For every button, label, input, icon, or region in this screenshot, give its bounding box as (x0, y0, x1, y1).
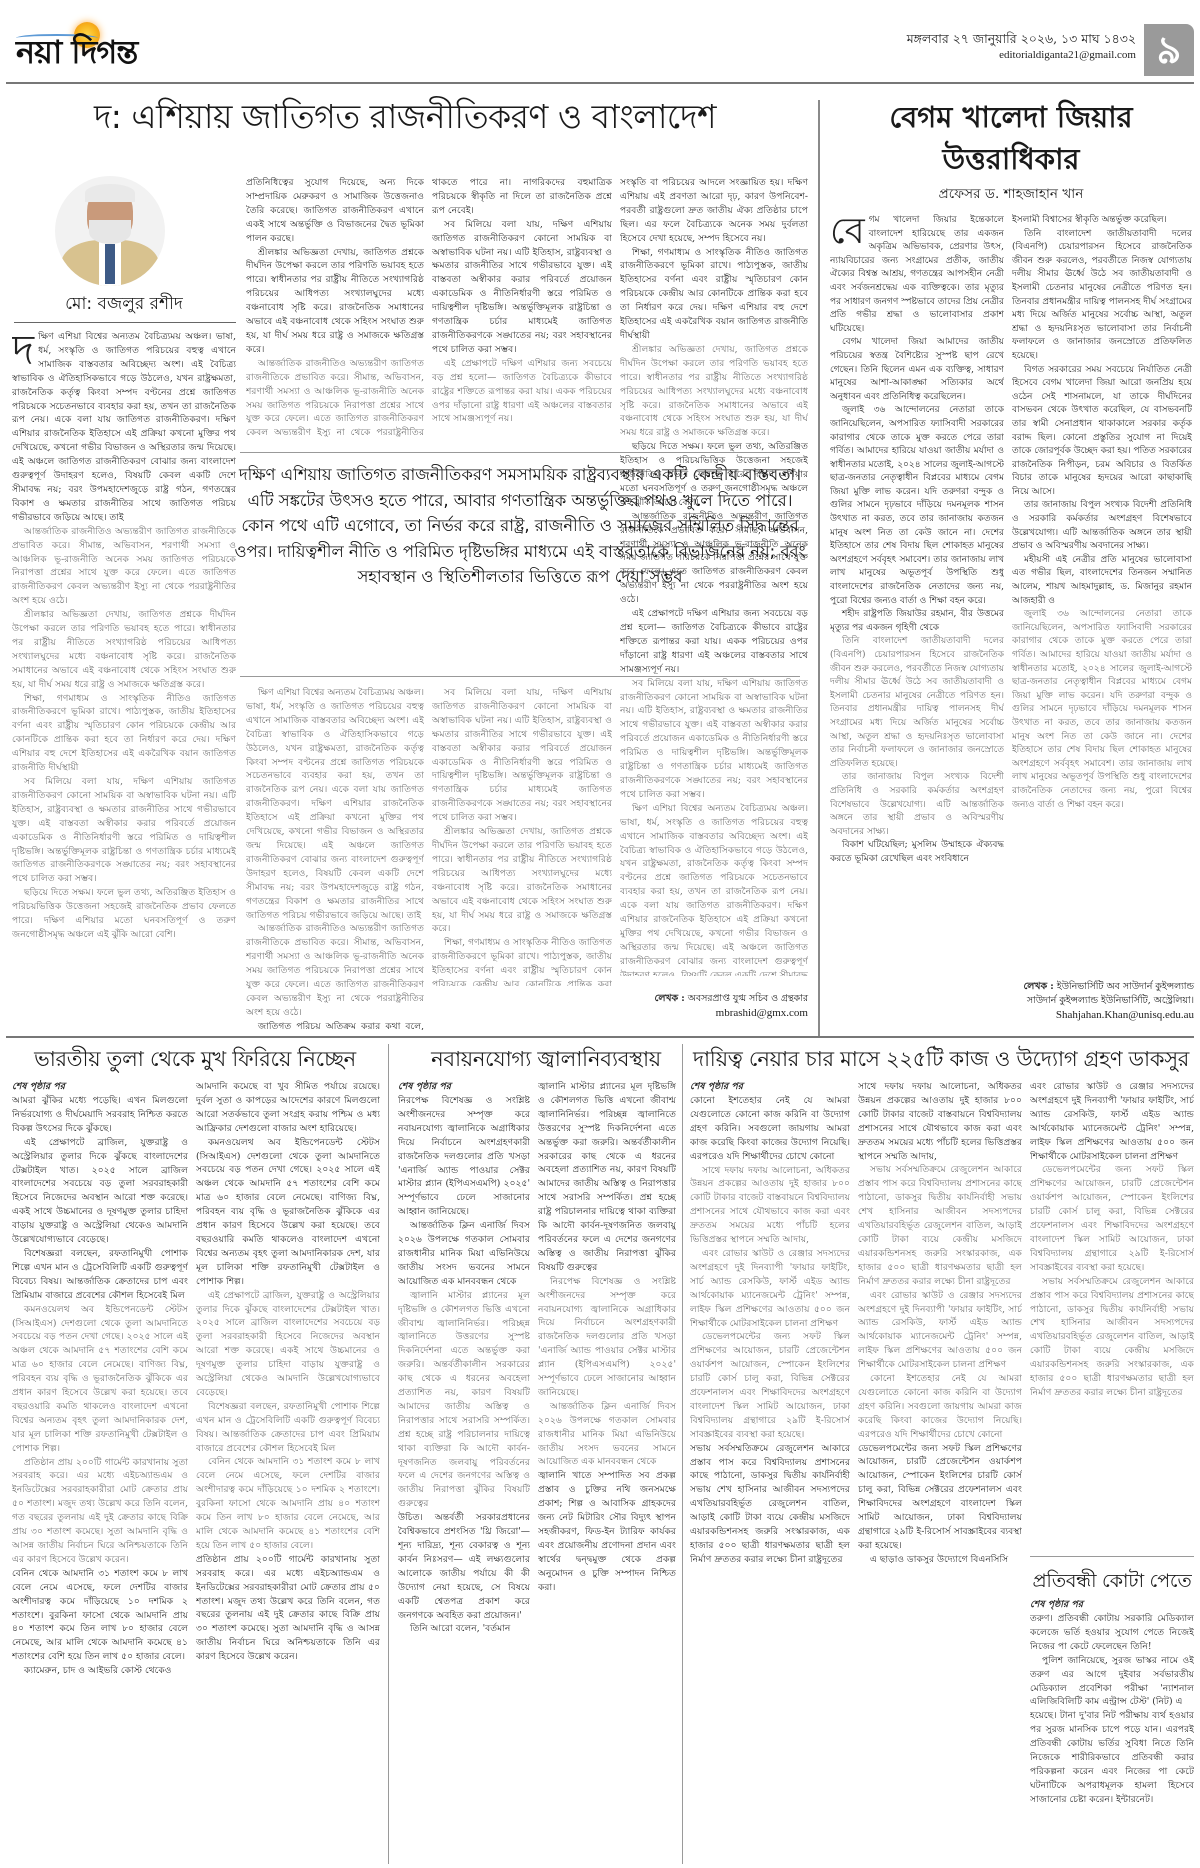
article-paragraph: জ্বালানি মাস্টার প্ল্যানের মূল দৃষ্টিভঙ্… (538, 1080, 676, 1275)
author-credit: লেখক : ইউনিভার্সিটি অব সাউদার্ন কুইন্সল্… (1012, 980, 1194, 1022)
article-paragraph: জাতিগত পরিচয় অতিক্রম করার কথা বলে, কিন্… (246, 1020, 424, 1030)
article-paragraph: জ্বালানি মাস্টার প্ল্যানের মূল দৃষ্টিভঙ্… (398, 1289, 530, 1512)
pull-quote: দক্ষিণ এশিয়ায় জাতিগত রাজনীতিকরণ সমসাময… (232, 462, 808, 590)
article-paragraph: প্রতিনিধিত্বের সুযোগ দিয়েছে, অন্য দিকে … (246, 176, 424, 246)
right-column-b: ইসলামী বিশ্বাসের স্বীকৃতি অন্তর্ভুক্ত কর… (1012, 214, 1192, 944)
story-renewable-column-2: জ্বালানি মাস্টার প্ল্যানের মূল দৃষ্টিভঙ্… (538, 1080, 676, 1864)
story-renewable-column-1: শেষ পৃষ্ঠার পর নিরপেক্ষ বিশেষজ্ঞ ও সংশ্ল… (398, 1080, 530, 1864)
article-paragraph: কমনওয়েলথ অব ইন্ডিপেনডেন্ট স্টেটস (সিআইএ… (196, 1136, 380, 1289)
newspaper-logo[interactable]: নয়া দিগন্ত (12, 20, 182, 70)
article-paragraph: জুলাই ৩৬ আন্দোলনের নেতারা তাকে জানিয়েছি… (830, 404, 1004, 608)
issue-date: মঙ্গলবার ২৭ জানুয়ারি ২০২৬, ১৩ মাঘ ১৪৩২ (907, 30, 1136, 47)
article-paragraph: তিনি আরো বলেন, 'বর্তমান (398, 1622, 530, 1636)
article-paragraph: এবং রোভার স্কাউট ও রেঞ্জার সদস্যদের অংশগ… (690, 1247, 850, 1330)
article-paragraph: জুলাই ৩৬ আন্দোলনের নেতারা তাকে জানিয়েছি… (1012, 608, 1192, 812)
article-column-3-lower: সব মিলিয়ে বলা যায়, দক্ষিণ এশিয়ায় জাত… (432, 686, 612, 986)
article-paragraph: কমনওয়েলথ অব ইন্ডিপেনডেন্ট স্টেটস (সিআইএ… (12, 1303, 188, 1456)
continued-label: শেষ পৃষ্ঠার পর (12, 1080, 188, 1094)
divider (6, 82, 1194, 84)
article-paragraph: বেনিন থেকে আমদানি ৩১ শতাংশ কমে ৮ লাখ বেল… (12, 1567, 188, 1664)
article-paragraph: ক্যামেরুন, চাদ ও আইভরি কোস্ট থেকেও (12, 1664, 188, 1678)
article-paragraph: হয়েছে। টানা দু'বার নিট পরীক্ষায় ব্যর্থ… (1030, 1709, 1194, 1806)
article-paragraph: সব মিলিয়ে বলা যায়, দক্ষিণ এশিয়ায় জাত… (620, 677, 808, 802)
main-headline: দ: এশিয়ায় জাতিগত রাজনীতিকরণ ও বাংলাদেশ (10, 96, 800, 138)
article-paragraph: প্রতিষ্ঠান প্রায় ২০০টি গার্মেন্ট কারখান… (196, 1553, 380, 1664)
article-paragraph: আন্তর্জাতিক রাজনীতিও অভ্যন্তরীণ জাতিগত র… (12, 525, 236, 608)
article-paragraph: থাকতে পারে না। নাগরিকদের বহুমাত্রিক পরিচ… (432, 176, 612, 218)
article-paragraph: সংস্কৃতি বা পরিচয়ের আদলে সংজ্ঞায়িত হয়… (620, 176, 808, 246)
credit-label: লেখক : (655, 993, 685, 1004)
article-paragraph: নিরপেক্ষ বিশেষজ্ঞ ও সংশ্লিষ্ট অংশীজনদের … (398, 1094, 530, 1219)
author-email[interactable]: Shahjahan.Khan@unisq.edu.au (1012, 1008, 1194, 1022)
article-paragraph: তরুণ। প্রতিবন্ধী কোটায় সরকারি মেডিক্যাল… (1030, 1612, 1194, 1654)
author-name: মো: বজলুর রশীদ (10, 292, 238, 316)
story-headline-ducsu[interactable]: দায়িত্ব নেয়ার চার মাসে ২২৫টি কাজ ও উদ্… (688, 1044, 1194, 1074)
article-paragraph: পুলিশ জানিয়েছে, সুরজ ভাস্কর নামে ওই তরু… (1030, 1654, 1194, 1710)
article-paragraph: তিনি বাংলাদেশ জাতীয়তাবাদী দলের (বিএনপি)… (830, 635, 1004, 771)
article-paragraph: আন্তর্জাতিক ক্লিন এনার্জি দিবস ২০২৬ উপলক… (398, 1219, 530, 1289)
article-paragraph: বিকাশ ঘটিয়েছিল; মুসলিম উম্মাহকে ঐক্যবদ্… (830, 839, 1004, 866)
article-paragraph: প্রতিষ্ঠান প্রায় ২০০টি গার্মেন্ট কারখান… (12, 1456, 188, 1567)
continued-label: শেষ পৃষ্ঠার পর (690, 1080, 850, 1094)
column-divider (818, 100, 820, 1038)
article-paragraph: সব মিলিয়ে বলা যায়, দক্ষিণ এশিয়ায় জাত… (432, 218, 612, 357)
article-paragraph: বিশেষজ্ঞরা বলছেন, রফতানিমুখী পোশাক শিল্প… (12, 1247, 188, 1303)
article-paragraph: বেনিন থেকে আমদানি ৩১ শতাংশ কমে ৮ লাখ বেল… (196, 1455, 380, 1552)
article-paragraph: মহীয়সী এই নেত্রীর প্রতি মানুষের ভালোবাস… (1012, 554, 1192, 608)
article-paragraph: ডেভেলপমেন্টের জন্য সফট স্কিল প্রশিক্ষণের… (690, 1330, 850, 1441)
article-paragraph: বিগত সরকারের সময় সবচেয়ে নির্যাতিত নেত্… (1012, 364, 1192, 500)
right-headline: বেগম খালেদা জিয়ার উত্তরাধিকার (830, 96, 1192, 180)
article-paragraph: আন্তর্জাতিক রাজনীতিও অভ্যন্তরীণ জাতিগত র… (246, 357, 424, 438)
divider (240, 452, 800, 453)
continued-label: শেষ পৃষ্ঠার পর (398, 1080, 530, 1094)
article-paragraph: শিক্ষা, গণমাধ্যম ও সাংস্কৃতিক নীতিও জাতি… (12, 692, 236, 775)
story-ducsu-column-1: শেষ পৃষ্ঠার পর কোনো ইশতেহার নেই যে আমরা … (690, 1080, 850, 1864)
article-paragraph: এ ছাড়াও ডাকসুর উদ্যোগে বিএনসিসি (858, 1553, 1022, 1567)
right-byline: প্রফেসর ড. শাহজাহান খান (830, 184, 1192, 204)
dateline: মঙ্গলবার ২৭ জানুয়ারি ২০২৬, ১৩ মাঘ ১৪৩২ … (907, 30, 1136, 64)
story-quota-column: শেষ পৃষ্ঠার পর তরুণ। প্রতিবন্ধী কোটায় স… (1030, 1598, 1194, 1864)
article-paragraph: আমদানি কমেছে বা খুব সীমিত পর্যায়ে রয়েছ… (196, 1080, 380, 1136)
author-credit: লেখক : অবসরপ্রাপ্ত যুগ্ম সচিব ও গ্রন্থকা… (440, 992, 808, 1020)
author-email[interactable]: mbrashid@gmx.com (440, 1006, 808, 1020)
article-paragraph: আমরা ঝুঁকির মধ্যে পড়েছি। এখন মিলগুলো নি… (12, 1094, 188, 1136)
article-paragraph: তার জানাজায় বিপুল সংখ্যক বিদেশী প্রতিনি… (1012, 499, 1192, 553)
article-paragraph: দক্ষিণ এশিয়া বিশ্বের অন্যতম বৈচিত্র্যময… (12, 330, 236, 525)
divider (240, 676, 800, 677)
dropcap: দ (12, 332, 34, 368)
article-paragraph: শ্রীলঙ্কার অভিজ্ঞতা দেখায়, জাতিগত প্রশ্… (432, 825, 612, 936)
article-paragraph: শিক্ষা, গণমাধ্যম ও সাংস্কৃতিক নীতিও জাতি… (432, 936, 612, 986)
article-paragraph: জ্বালানি খাতে সম্পাদিত সব প্রকল্প প্রস্ত… (538, 1469, 676, 1594)
article-paragraph: শিক্ষা, গণমাধ্যম ও সাংস্কৃতিক নীতিও জাতি… (620, 246, 808, 343)
article-paragraph: বিশেষজ্ঞরা বলছেন, রফতানিমুখী পোশাক শিল্প… (196, 1400, 380, 1456)
story-cotton-column-1: শেষ পৃষ্ঠার পর আমরা ঝুঁকির মধ্যে পড়েছি।… (12, 1080, 188, 1864)
article-paragraph: শ্রীলঙ্কার অভিজ্ঞতা দেখায়, জাতিগত প্রশ্… (12, 608, 236, 691)
credit-affiliation: সাউদার্ন কুইন্সল্যান্ড ইউনিভার্সিটি, অস্… (1012, 994, 1194, 1008)
article-paragraph: তিনি বাংলাদেশ জাতীয়তাবাদী দলের (বিএনপি)… (1012, 228, 1192, 364)
story-headline-renewable[interactable]: নবায়নযোগ্য জ্বালানিব্যবস্থায় (396, 1044, 696, 1074)
article-paragraph: সাথে দফায় দফায় আলোচনা, অধিকতর উন্নয়ন … (858, 1080, 1022, 1163)
article-paragraph: সাথে দফায় দফায় আলোচনা, অধিকতর উন্নয়ন … (690, 1164, 850, 1247)
article-paragraph: ডেভেলপমেন্টের জন্য সফট স্কিল প্রশিক্ষণের… (1030, 1163, 1194, 1274)
article-paragraph: ক্ষিণ এশিয়া বিশ্বের অন্যতম বৈচিত্র্যময়… (620, 802, 808, 976)
article-column-2-lower: ক্ষিণ এশিয়া বিশ্বের অন্যতম বৈচিত্র্যময়… (246, 686, 424, 1030)
right-column-a: বেগম খালেদা জিয়ার ইন্তেকালে বাংলাদেশ হা… (830, 214, 1004, 976)
credit-text: অবসরপ্রাপ্ত যুগ্ম সচিব ও গ্রন্থকার (688, 993, 808, 1004)
section-divider (6, 1036, 1194, 1038)
author-photo (55, 176, 165, 286)
divider (14, 322, 236, 323)
story-headline-disability-quota[interactable]: প্রতিবন্ধী কোটা পেতে (1028, 1566, 1196, 1596)
credit-label: লেখক : (1024, 981, 1054, 992)
article-paragraph: ক্ষিণ এশিয়া বিশ্বের অন্যতম বৈচিত্র্যময়… (246, 686, 424, 922)
story-ducsu-column-2: সাথে দফায় দফায় আলোচনা, অধিকতর উন্নয়ন … (858, 1080, 1022, 1864)
article-paragraph: এই প্রেক্ষাপটে দক্ষিণ এশিয়ার জন্য সবচেয… (432, 357, 612, 427)
dropcap: বে (830, 216, 865, 248)
article-paragraph: সভায় সর্বসম্মতিক্রমে রেজুলেশন আকারে প্র… (1030, 1275, 1194, 1400)
continued-label: শেষ পৃষ্ঠার পর (1030, 1598, 1194, 1612)
article-paragraph: ইসলামী বিশ্বাসের স্বীকৃতি অন্তর্ভুক্ত কর… (1012, 214, 1192, 228)
article-paragraph: সভায় সর্বসম্মতিক্রমে রেজুলেশন আকারে প্র… (690, 1442, 850, 1567)
article-paragraph: এই প্রেক্ষাপটে দক্ষিণ এশিয়ার জন্য সবচেয… (620, 607, 808, 677)
article-paragraph: ডেভেলপমেন্টের জন্য সফট স্কিল প্রশিক্ষণের… (858, 1442, 1022, 1553)
article-paragraph: কোনো ইশতেহার নেই যে আমরা যেগুলোতে কোনো ক… (858, 1372, 1022, 1442)
article-paragraph: সভায় সর্বসম্মতিক্রমে রেজুলেশন আকারে প্র… (858, 1163, 1022, 1288)
column-divider (682, 1044, 683, 1864)
article-paragraph: এই প্রেক্ষাপটে ব্রাজিল, যুক্তরাষ্ট্র ও অ… (12, 1136, 188, 1247)
story-cotton-column-2: আমদানি কমেছে বা খুব সীমিত পর্যায়ে রয়েছ… (196, 1080, 380, 1864)
article-paragraph: শহীদ রাষ্ট্রপতি জিয়াউর রহমান, বীর উত্তম… (830, 608, 1004, 635)
divider (1030, 1556, 1194, 1557)
logo-text: নয়া দিগন্ত (16, 36, 137, 68)
page-number-badge: ৯ (1144, 24, 1194, 76)
article-paragraph: ছড়িয়ে দিতে সক্ষম। ফলে ভুল তথ্য, অতিরঞ্… (12, 886, 236, 942)
article-paragraph: কোনো ইশতেহার নেই যে আমরা যেগুলোতে কোনো ক… (690, 1094, 850, 1164)
article-paragraph: শ্রীলঙ্কার অভিজ্ঞতা দেখায়, জাতিগত প্রশ্… (246, 246, 424, 357)
article-column-2: প্রতিনিধিত্বের সুযোগ দিয়েছে, অন্য দিকে … (246, 176, 424, 438)
article-paragraph: শ্রীলঙ্কার অভিজ্ঞতা দেখায়, জাতিগত প্রশ্… (620, 343, 808, 440)
article-paragraph: সব মিলিয়ে বলা যায়, দক্ষিণ এশিয়ায় জাত… (432, 686, 612, 825)
story-headline-cotton[interactable]: ভারতীয় তুলা থেকে মুখ ফিরিয়ে নিচ্ছেন (10, 1044, 380, 1074)
article-paragraph: সব মিলিয়ে বলা যায়, দক্ষিণ এশিয়ায় জাত… (12, 775, 236, 886)
article-paragraph: তার জানাজায় বিপুল সংখ্যক বিদেশী প্রতিনি… (830, 771, 1004, 839)
article-paragraph: এবং রোভার স্কাউট ও রেঞ্জার সদস্যদের অংশগ… (858, 1289, 1022, 1372)
article-paragraph: উচিত। অন্তর্বর্তী সরকারপ্রধানের বৈশ্বিকভ… (398, 1511, 530, 1622)
article-column-3: থাকতে পারে না। নাগরিকদের বহুমাত্রিক পরিচ… (432, 176, 612, 438)
editorial-email[interactable]: editorialdiganta21@gmail.com (907, 47, 1136, 64)
article-paragraph: আন্তর্জাতিক ক্লিন এনার্জি দিবস ২০২৬ উপলক… (538, 1400, 676, 1470)
story-ducsu-column-3: এবং রোভার স্কাউট ও রেঞ্জার সদস্যদের অংশগ… (1030, 1080, 1194, 1550)
column-divider (388, 1044, 389, 1864)
article-paragraph: এবং রোভার স্কাউট ও রেঞ্জার সদস্যদের অংশগ… (1030, 1080, 1194, 1163)
article-paragraph: বেগম খালেদা জিয়ার ইন্তেকালে বাংলাদেশ হা… (830, 214, 1004, 336)
article-paragraph: আন্তর্জাতিক রাজনীতিও অভ্যন্তরীণ জাতিগত র… (246, 922, 424, 1019)
article-paragraph: বেগম খালেদা জিয়া আমাদের জাতীয় পরিচয়ের… (830, 336, 1004, 404)
article-paragraph: নিরপেক্ষ বিশেষজ্ঞ ও সংশ্লিষ্ট অংশীজনদের … (538, 1275, 676, 1400)
article-column-1: দক্ষিণ এশিয়া বিশ্বের অন্যতম বৈচিত্র্যময… (12, 330, 236, 1028)
article-paragraph: এই প্রেক্ষাপটে ব্রাজিল, যুক্তরাষ্ট্র ও অ… (196, 1289, 380, 1400)
masthead: নয়া দিগন্ত মঙ্গলবার ২৭ জানুয়ারি ২০২৬, … (0, 0, 1200, 82)
